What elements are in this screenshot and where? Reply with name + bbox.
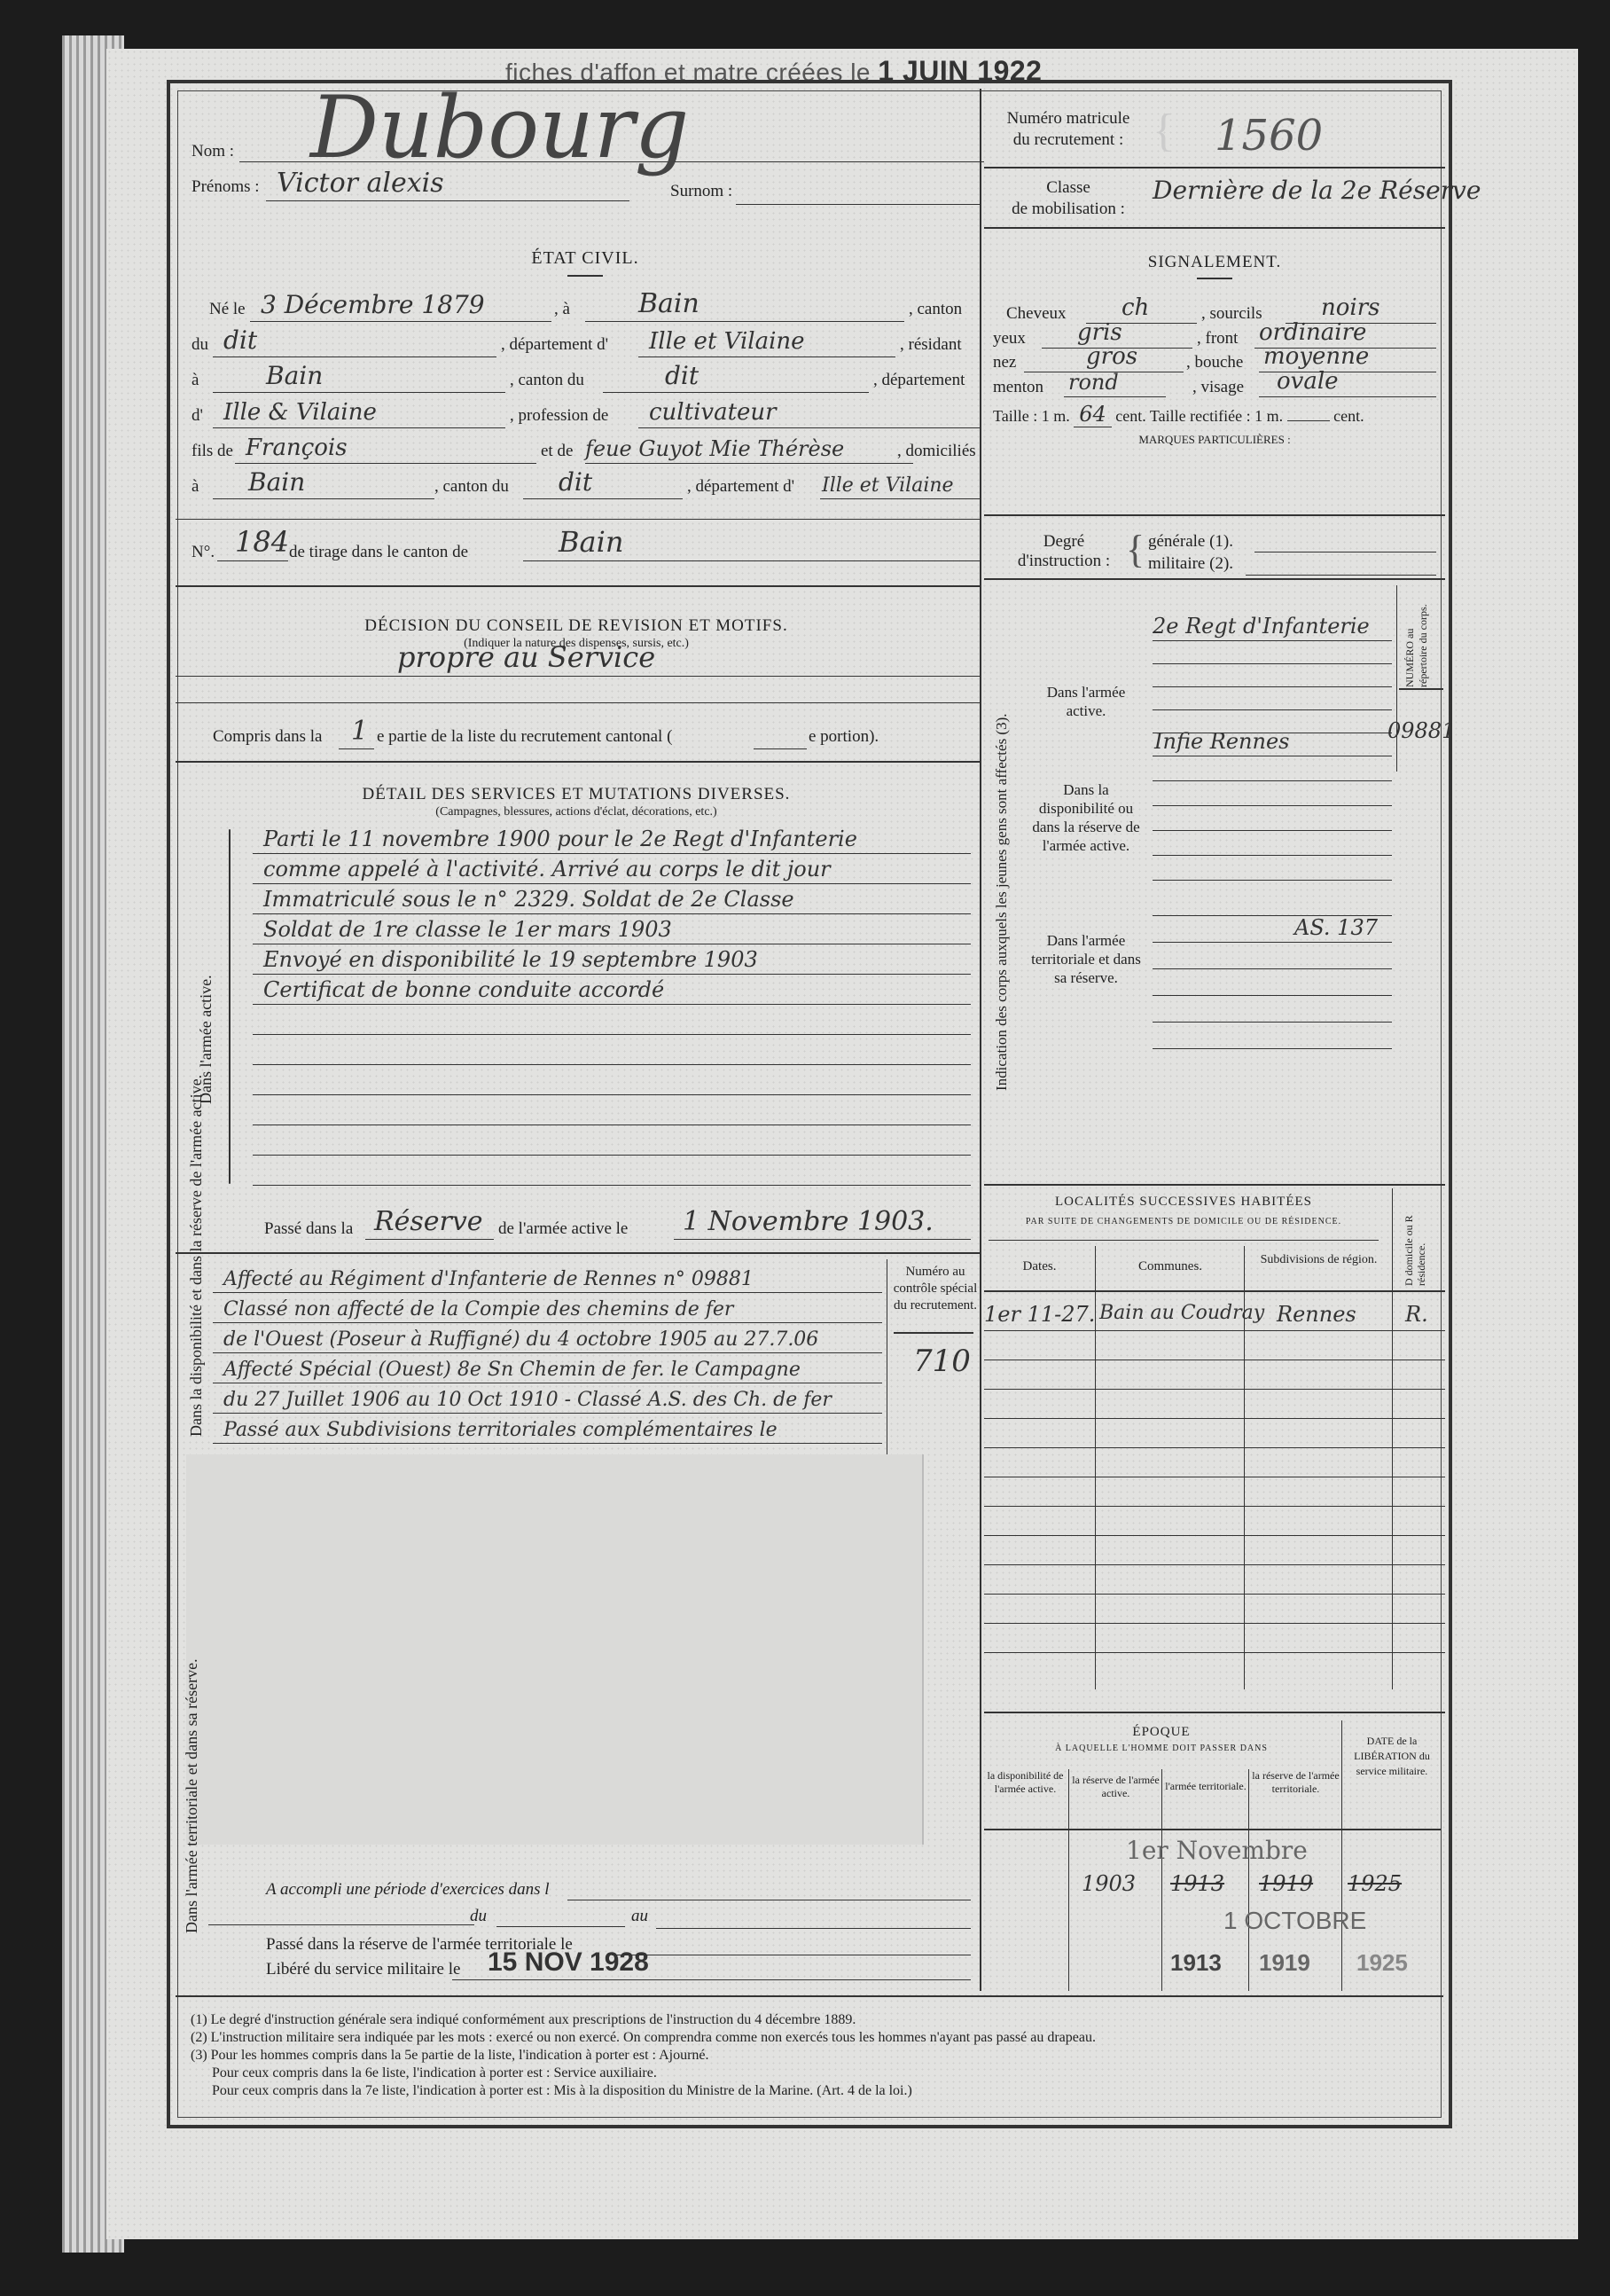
epoque-col-divider — [1068, 1769, 1069, 1991]
tirage-number-field: 184 — [217, 532, 288, 561]
services-line — [253, 1156, 971, 1186]
affectation-terr-field: AS. 137 — [1153, 913, 1392, 943]
epoque-col-territoriale: l'armée territoriale. — [1163, 1780, 1248, 1793]
controle-header: Numéro au contrôle spécial du recrutemen… — [891, 1264, 980, 1314]
controle-divider — [887, 1259, 887, 1454]
brace-icon: { — [1153, 105, 1175, 157]
canton-value: dit — [223, 325, 257, 355]
epoque-stamp-value: 1919 — [1259, 1949, 1310, 1977]
reserve-line-text: de l'Ouest (Poseur à Ruffigné) du 4 octo… — [223, 1328, 818, 1351]
departement-field: Ille et Vilaine — [638, 328, 895, 357]
reserve-line: de l'Ouest (Poseur à Ruffigné) du 4 octo… — [213, 1324, 882, 1353]
epoque-col-divider — [1341, 1720, 1342, 1991]
pere-field: François — [235, 435, 536, 464]
domicile-value: Bain — [248, 467, 305, 497]
epoque-value: 1903 — [1082, 1871, 1136, 1896]
reserve-line: Passé aux Subdivisions territoriales com… — [213, 1414, 882, 1444]
a-label: , à — [554, 300, 570, 319]
prenoms-label: Prénoms : — [191, 177, 260, 197]
localites-col-dates: Dates. — [984, 1259, 1095, 1274]
services-line — [253, 1036, 971, 1065]
reserve-line-text: Affecté au Régiment d'Infanterie de Renn… — [223, 1268, 754, 1290]
bouche-value: moyenne — [1263, 343, 1369, 370]
reserve-line: Classé non affecté de la Compie des chem… — [213, 1294, 882, 1323]
affectation-line — [1153, 993, 1392, 1023]
etat-civil-title: ÉTAT CIVIL. — [372, 248, 798, 269]
classe-label-1: Classe — [997, 177, 1139, 199]
visage-value: ovale — [1277, 368, 1339, 395]
profession-label: , profession de — [510, 406, 608, 426]
residence-field: Bain — [213, 364, 505, 393]
instruction-label-1: Degré — [1006, 532, 1122, 552]
passe-value: Réserve — [374, 1206, 483, 1237]
front-value: ordinaire — [1259, 319, 1366, 346]
reserve-line-text: Passé aux Subdivisions territoriales com… — [223, 1419, 778, 1441]
epoque-col-reserve-active: la réserve de l'armée active. — [1070, 1774, 1161, 1800]
decision-field: propre au Service — [176, 647, 980, 677]
epoque-col-divider — [1161, 1769, 1162, 1991]
header-rule — [989, 1240, 1379, 1241]
header-rule — [984, 1829, 1441, 1830]
ne-le-field: 3 Décembre 1879 — [250, 293, 551, 322]
militaire-field — [1246, 546, 1436, 576]
departement-value: Ille et Vilaine — [649, 328, 805, 355]
canton2-field: dit — [603, 364, 869, 393]
du-label: du — [470, 1907, 487, 1926]
nom-field: Dubourg — [239, 133, 984, 162]
footnote: (1) Le degré d'instruction générale sera… — [191, 2011, 1096, 2029]
au-field — [656, 1900, 971, 1929]
row-rule — [984, 1535, 1445, 1536]
epoque-subtitle: À LAQUELLE L'HOMME DOIT PASSER DANS — [984, 1744, 1339, 1753]
compris-label-3: e portion). — [809, 727, 879, 747]
taille-rect-label: cent. Taille rectifiée : 1 m. — [1115, 407, 1283, 425]
row-rule — [984, 1389, 1445, 1390]
services-line — [253, 1006, 971, 1035]
header-rule — [984, 1290, 1445, 1292]
row-rule — [984, 1594, 1445, 1595]
affectation-line — [1153, 967, 1392, 996]
services-line: Certificat de bonne conduite accordé — [253, 976, 971, 1005]
affectation-dispo-numero: 09881 — [1387, 718, 1455, 743]
cheveux-value: ch — [1122, 294, 1149, 321]
row-rule — [984, 1477, 1445, 1477]
canton3-field: dit — [523, 470, 683, 499]
ne-le-value: 3 Décembre 1879 — [261, 290, 485, 319]
services-line: comme appelé à l'activité. Arrivé au cor… — [253, 855, 971, 884]
profession-field: cultivateur — [638, 399, 980, 428]
du-label: du — [191, 335, 208, 355]
taille-row: Taille : 1 m. 64 cent. Taille rectifiée … — [993, 402, 1364, 427]
prenoms-value: Victor alexis — [277, 168, 444, 199]
taille-rect-field — [1287, 420, 1330, 421]
dom-a-label: à — [191, 477, 199, 497]
prenoms-field: Victor alexis — [266, 172, 629, 201]
profession-value: cultivateur — [649, 399, 777, 426]
nom-label: Nom : — [191, 142, 234, 161]
front-label: , front — [1197, 329, 1238, 349]
partie-field: 1 — [339, 720, 374, 749]
services-line — [253, 1126, 971, 1156]
surnom-field — [736, 176, 980, 205]
epoque-col-divider — [1248, 1769, 1249, 1991]
menton-field: rond — [1064, 368, 1166, 397]
tirage-canton: Bain — [559, 525, 623, 559]
services-line — [253, 1066, 971, 1095]
canton-field: dit — [213, 328, 496, 357]
localites-col-dr: D domicile ou R résidence. — [1403, 1188, 1427, 1286]
ne-le-label: Né le — [209, 300, 246, 319]
taille-label: Taille : 1 m. — [993, 407, 1070, 425]
paper-overlay-flap — [186, 1454, 924, 1845]
row-rule — [984, 1564, 1445, 1565]
militaire-label: militaire (2). — [1148, 554, 1233, 574]
departement3-value: Ille et Vilaine — [822, 474, 954, 497]
localites-title: LOCALITÉS SUCCESSIVES HABITÉES — [984, 1195, 1383, 1210]
affectation-dispo-label: Dans la disponibilité ou dans la réserve… — [1028, 780, 1144, 855]
affectation-terr-value: AS. 137 — [1294, 915, 1378, 940]
services-line: Immatriculé sous le n° 2329. Soldat de 2… — [253, 885, 971, 914]
lieu-naissance-value: Bain — [638, 288, 699, 319]
services-line-text: comme appelé à l'activité. Arrivé au cor… — [263, 857, 831, 882]
compris-label: Compris dans la — [213, 727, 323, 747]
residant-a-label: à — [191, 371, 199, 390]
divider — [176, 1995, 1443, 1997]
libere-stamp: 15 NOV 1928 — [488, 1947, 649, 1978]
matricule-label: Numéro matricule du recrutement : — [997, 108, 1139, 151]
matricule-label-2: du recrutement : — [997, 129, 1139, 151]
services-line-text: Envoyé en disponibilité le 19 septembre … — [263, 947, 758, 972]
divider — [176, 761, 980, 763]
cent-label: cent. — [1333, 407, 1364, 425]
reserve-line-text: Affecté Spécial (Ouest) 8e Sn Chemin de … — [223, 1359, 801, 1381]
residence-value: Bain — [266, 361, 323, 390]
epoque-stamp-value: 1913 — [1170, 1949, 1222, 1977]
decision-value: propre au Service — [397, 640, 655, 674]
column-divider — [980, 89, 981, 1991]
visage-label: , visage — [1192, 378, 1244, 397]
domicilies-label: , domiciliés — [897, 442, 976, 461]
au-label: au — [631, 1907, 648, 1926]
row-rule — [984, 1360, 1445, 1360]
departement-label: , département d' — [501, 335, 608, 355]
epoque-col-dispo: la disponibilité de l'armée active. — [982, 1769, 1068, 1796]
passe-label-2: de l'armée active le — [498, 1219, 628, 1239]
services-line-text: Certificat de bonne conduite accordé — [263, 977, 664, 1002]
sourcils-label: , sourcils — [1201, 304, 1262, 324]
localites-col-communes: Communes. — [1099, 1259, 1241, 1274]
divider — [984, 578, 1445, 580]
divider — [984, 514, 1445, 516]
reserve-side-label: Dans la disponibilité et dans la réserve… — [186, 1075, 206, 1437]
departement2-label: , département — [873, 371, 965, 390]
services-line: Soldat de 1re classe le 1er mars 1903 — [253, 915, 971, 944]
reserve-line: Affecté au Régiment d'Infanterie de Renn… — [213, 1264, 882, 1293]
exercices-field — [567, 1871, 971, 1900]
libere-field: 15 NOV 1928 — [452, 1951, 971, 1980]
affectation-line — [1153, 1020, 1392, 1049]
passe-date-value: 1 Novembre 1903. — [683, 1206, 934, 1237]
mere-field: feue Guyot Mie Thérèse — [585, 435, 913, 464]
services-line-text: Parti le 11 novembre 1900 pour le 2e Reg… — [263, 827, 857, 851]
services-line-text: Immatriculé sous le n° 2329. Soldat de 2… — [263, 887, 794, 912]
menton-value: rond — [1068, 370, 1119, 395]
localites-dr: R. — [1405, 1302, 1428, 1327]
fils-label: fils de — [191, 442, 233, 461]
row-rule — [984, 1418, 1445, 1419]
sourcils-value: noirs — [1321, 294, 1380, 321]
localites-commune: Bain au Coudray — [1099, 1302, 1264, 1324]
epoque-stamp-date: 1er Novembre — [1126, 1836, 1308, 1865]
yeux-label: yeux — [993, 329, 1026, 349]
departement3-label: , département d' — [687, 477, 794, 497]
matricule-value: 1560 — [1215, 111, 1323, 161]
surnom-label: Surnom : — [670, 182, 732, 201]
canton-label: , canton — [909, 300, 962, 319]
services-line-text: Soldat de 1re classe le 1er mars 1903 — [263, 917, 672, 942]
tirage-label: de tirage dans le canton de — [289, 543, 468, 562]
services-title: DÉTAIL DES SERVICES ET MUTATIONS DIVERSE… — [266, 785, 887, 804]
affectation-line — [1153, 940, 1392, 969]
canton2-label: , canton du — [510, 371, 584, 390]
brace-icon: { — [1126, 527, 1145, 572]
exercices-field-2 — [208, 1896, 474, 1925]
services-line — [253, 1096, 971, 1125]
signalement-title: SIGNALEMENT. — [984, 253, 1445, 272]
d-label: d' — [191, 406, 203, 426]
reserve-line-text: du 27 Juillet 1906 au 10 Oct 1910 - Clas… — [223, 1389, 832, 1411]
et-de-label: et de — [541, 442, 573, 461]
classe-label-2: de mobilisation : — [997, 199, 1139, 220]
reserve-line: du 27 Juillet 1906 au 10 Oct 1910 - Clas… — [213, 1384, 882, 1414]
epoque-value: 1925 — [1348, 1871, 1402, 1896]
tirage-number: 184 — [235, 525, 289, 559]
brace — [229, 829, 231, 1184]
tirage-canton-field: Bain — [523, 532, 980, 561]
nez-label: nez — [993, 353, 1016, 372]
classe-value: Dernière de la 2e Réserve — [1153, 176, 1481, 205]
visage-field: ovale — [1259, 368, 1436, 397]
departement3-field: Ille et Vilaine — [820, 470, 980, 499]
classe-label: Classe de mobilisation : — [997, 177, 1139, 220]
affectation-dispo-value: Infie Rennes — [1154, 729, 1289, 754]
localites-date: 1er 11-27. — [984, 1302, 1095, 1327]
compris-label-2: e partie de la liste du recrutement cant… — [377, 727, 672, 747]
departement2-field: Ille & Vilaine — [213, 399, 505, 428]
title-underline — [1197, 278, 1232, 279]
lieu-naissance-field: Bain — [585, 293, 904, 322]
epoque-col-reserve-terr: la réserve de l'armée territoriale. — [1250, 1769, 1341, 1796]
epoque-col-liberation: DATE de la LIBÉRATION du service militai… — [1343, 1734, 1441, 1779]
territoriale-side-label: Dans l'armée territoriale et dans sa rés… — [182, 1658, 201, 1933]
generale-label: générale (1). — [1148, 532, 1233, 552]
partie-value: 1 — [351, 716, 368, 747]
passe-label: Passé dans la — [264, 1219, 353, 1239]
row-rule — [984, 1447, 1445, 1448]
canton3-value: dit — [559, 467, 592, 497]
divider — [984, 1184, 1445, 1186]
marques-label: MARQUES PARTICULIÈRES : — [984, 433, 1445, 447]
domicile-field: Bain — [213, 470, 434, 499]
row-rule — [984, 1330, 1445, 1331]
localites-subdivision: Rennes — [1277, 1302, 1356, 1327]
du-field — [496, 1898, 625, 1927]
footnote: (2) L'instruction militaire sera indiqué… — [191, 2029, 1096, 2047]
divider — [984, 167, 1445, 168]
affectation-active-label: Dans l'armée active. — [1028, 683, 1144, 720]
matricule-label-1: Numéro matricule — [997, 108, 1139, 129]
row-rule — [984, 1652, 1445, 1653]
canton3-label: , canton du — [434, 477, 509, 497]
numero-header: NUMÉRO au répertoire du corps. — [1403, 590, 1430, 687]
reserve-line-text: Classé non affecté de la Compie des chem… — [223, 1298, 733, 1320]
row-rule — [984, 1506, 1445, 1507]
localites-col-subdivisions: Subdivisions de région. — [1250, 1252, 1387, 1267]
affectation-terr-label: Dans l'armée territoriale et dans sa rés… — [1028, 931, 1144, 987]
title-underline — [567, 275, 603, 277]
divider — [176, 1252, 980, 1254]
services-subtitle: (Campagnes, blessures, actions d'éclat, … — [266, 805, 887, 819]
taille-value: 64 — [1074, 402, 1112, 427]
residant-label: , résidant — [900, 335, 962, 355]
divider — [176, 702, 980, 703]
epoque-stamp-value: 1925 — [1356, 1949, 1408, 1977]
canton2-value: dit — [665, 361, 699, 390]
instruction-label-2: d'instruction : — [1006, 552, 1122, 571]
epoque-value: 1913 — [1170, 1871, 1224, 1896]
nom-value: Dubourg — [310, 78, 689, 177]
tirage-no-label: N°. — [191, 543, 215, 562]
numero-divider — [1396, 585, 1397, 772]
affectation-line — [1153, 851, 1392, 881]
decision-title: DÉCISION DU CONSEIL DE REVISION ET MOTIF… — [266, 616, 887, 636]
yeux-value: gris — [1077, 319, 1122, 346]
divider — [176, 519, 980, 520]
mere-value: feue Guyot Mie Thérèse — [585, 436, 844, 461]
controle-underline — [894, 1332, 973, 1334]
localites-col-divider — [1392, 1188, 1393, 1689]
reserve-line: Affecté Spécial (Ouest) 8e Sn Chemin de … — [213, 1354, 882, 1383]
bouche-label: , bouche — [1186, 353, 1243, 372]
nez-value: gros — [1086, 343, 1137, 370]
divider — [176, 585, 980, 587]
divider — [984, 227, 1445, 229]
pere-value: François — [246, 435, 348, 461]
footnote: (3) Pour les hommes compris dans la 5e p… — [191, 2047, 1096, 2065]
epoque-value: 1919 — [1259, 1871, 1313, 1896]
passe-date-field: 1 Novembre 1903. — [674, 1211, 971, 1240]
numero-underline — [1399, 688, 1443, 690]
menton-label: menton — [993, 378, 1043, 397]
portion-field — [754, 720, 807, 749]
epoque-title: ÉPOQUE — [984, 1725, 1339, 1740]
affectation-side-label: Indication des corps auxquels les jeunes… — [993, 713, 1011, 1091]
instruction-label: Degré d'instruction : — [1006, 532, 1122, 571]
libere-label: Libéré du service militaire le — [266, 1960, 460, 1979]
affectation-terr-field — [1153, 887, 1392, 916]
localites-subtitle: PAR SUITE DE CHANGEMENTS DE DOMICILE OU … — [984, 1217, 1383, 1226]
epoque-stamp-octobre: 1 OCTOBRE — [1223, 1907, 1366, 1935]
passe-field: Réserve — [365, 1211, 494, 1240]
footnote: Pour ceux compris dans la 7e liste, l'in… — [191, 2082, 1096, 2100]
footnotes: (1) Le degré d'instruction générale sera… — [191, 2011, 1096, 2100]
services-line: Envoyé en disponibilité le 19 septembre … — [253, 945, 971, 975]
divider — [984, 1712, 1445, 1713]
controle-value: 710 — [913, 1344, 971, 1379]
footnote: Pour ceux compris dans la 6e liste, l'in… — [191, 2065, 1096, 2082]
row-rule — [984, 1623, 1445, 1624]
services-line: Parti le 11 novembre 1900 pour le 2e Reg… — [253, 825, 971, 854]
departement2-value: Ille & Vilaine — [223, 399, 377, 426]
